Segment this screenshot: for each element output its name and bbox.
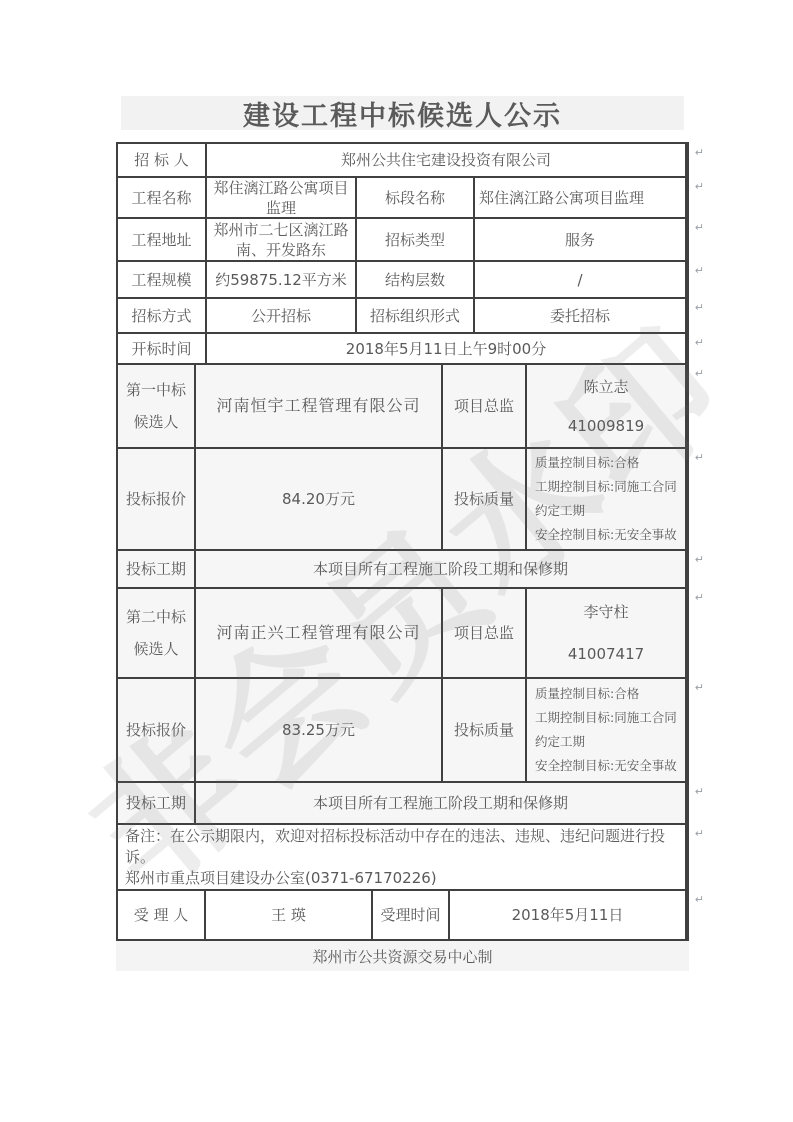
candidate2-director: 李守柱 41007417 bbox=[527, 589, 687, 677]
candidate2-company: 河南正兴工程管理有限公司 bbox=[196, 589, 443, 677]
candidate1-director-id: 41009819 bbox=[568, 416, 644, 436]
paragraph-mark-icon: ↵ bbox=[695, 682, 704, 693]
floors-value: / bbox=[475, 262, 687, 297]
table-row-project-name: 工程名称 郑住漓江路公寓项目监理 标段名称 郑住漓江路公寓项目监理 ↵ bbox=[116, 178, 689, 219]
candidate2-price-value: 83.25万元 bbox=[196, 679, 443, 781]
table-row-candidate2: 第二中标 候选人 河南正兴工程管理有限公司 项目总监 李守柱 41007417 … bbox=[116, 589, 689, 679]
section-name-value: 郑住漓江路公寓项目监理 bbox=[475, 178, 687, 217]
table-row-acceptance: 受 理 人 王 瑛 受理时间 2018年5月11日 ↵ bbox=[116, 891, 689, 941]
scale-value: 约59875.12平方米 bbox=[207, 262, 357, 297]
table-row-candidate2-price: 投标报价 83.25万元 投标质量 质量控制目标:合格 工期控制目标:同施工合同… bbox=[116, 679, 689, 783]
address-label: 工程地址 bbox=[118, 219, 207, 260]
paragraph-mark-icon: ↵ bbox=[695, 786, 704, 797]
paragraph-mark-icon: ↵ bbox=[695, 894, 704, 905]
acceptance-time: 2018年5月11日 bbox=[450, 891, 687, 939]
table-row-tenderer: 招 标 人 郑州公共住宅建设投资有限公司 ↵ bbox=[116, 144, 689, 178]
section-name-label: 标段名称 bbox=[357, 178, 475, 217]
method-value: 公开招标 bbox=[207, 299, 357, 332]
paragraph-mark-icon: ↵ bbox=[695, 337, 704, 348]
paragraph-mark-icon: ↵ bbox=[695, 222, 704, 233]
candidate2-rank-label: 第二中标 候选人 bbox=[118, 589, 196, 677]
table-row-candidate1-price: 投标报价 84.20万元 投标质量 质量控制目标:合格 工期控制目标:同施工合同… bbox=[116, 449, 689, 551]
tenderer-value: 郑州公共住宅建设投资有限公司 bbox=[207, 144, 687, 176]
candidate1-price-label: 投标报价 bbox=[118, 449, 196, 549]
page-title: 建设工程中标候选人公示 bbox=[121, 96, 684, 130]
notice-table: 招 标 人 郑州公共住宅建设投资有限公司 ↵ 工程名称 郑住漓江路公寓项目监理 … bbox=[116, 142, 689, 941]
opening-time-value: 2018年5月11日上午9时00分 bbox=[207, 334, 687, 363]
candidate2-director-label: 项目总监 bbox=[443, 589, 527, 677]
project-name-value: 郑住漓江路公寓项目监理 bbox=[207, 178, 357, 217]
candidate2-quality-line3: 安全控制目标:无安全事故 bbox=[535, 754, 677, 778]
table-row-remark: 备注：在公示期限内，欢迎对招标投标活动中存在的违法、违规、违纪问题进行投诉。 郑… bbox=[116, 825, 689, 891]
acceptance-time-label: 受理时间 bbox=[373, 891, 450, 939]
remark-cell: 备注：在公示期限内，欢迎对招标投标活动中存在的违法、违规、违纪问题进行投诉。 郑… bbox=[118, 825, 687, 889]
candidate1-quality-label: 投标质量 bbox=[443, 449, 527, 549]
scale-label: 工程规模 bbox=[118, 262, 207, 297]
candidate1-rank-line1: 第一中标 bbox=[126, 380, 186, 400]
candidate2-price-label: 投标报价 bbox=[118, 679, 196, 781]
candidate2-period-label: 投标工期 bbox=[118, 783, 196, 823]
method-label: 招标方式 bbox=[118, 299, 207, 332]
remark-line2: 郑州市重点项目建设办公室(0371-67170226) bbox=[125, 868, 437, 889]
acceptance-label: 受 理 人 bbox=[118, 891, 206, 939]
table-row-candidate1: 第一中标 候选人 河南恒宇工程管理有限公司 项目总监 陈立志 41009819 … bbox=[116, 365, 689, 449]
candidate1-quality-line2: 工期控制目标:同施工合同约定工期 bbox=[535, 475, 677, 523]
candidate1-director-name: 陈立志 bbox=[583, 377, 628, 397]
candidate1-rank-label: 第一中标 候选人 bbox=[118, 365, 196, 447]
candidate2-quality: 质量控制目标:合格 工期控制目标:同施工合同约定工期 安全控制目标:无安全事故 bbox=[527, 679, 687, 781]
candidate1-price-value: 84.20万元 bbox=[196, 449, 443, 549]
paragraph-mark-icon: ↵ bbox=[695, 302, 704, 313]
paragraph-mark-icon: ↵ bbox=[695, 147, 704, 158]
org-form-value: 委托招标 bbox=[475, 299, 687, 332]
candidate2-rank-line2: 候选人 bbox=[133, 639, 178, 659]
candidate2-director-name: 李守柱 bbox=[583, 602, 628, 622]
candidate1-quality-line1: 质量控制目标:合格 bbox=[535, 451, 639, 475]
table-row-address: 工程地址 郑州市二七区漓江路南、开发路东 招标类型 服务 ↵ bbox=[116, 219, 689, 262]
candidate2-director-id: 41007417 bbox=[568, 644, 644, 664]
table-row-method: 招标方式 公开招标 招标组织形式 委托招标 ↵ bbox=[116, 299, 689, 334]
table-row-scale: 工程规模 约59875.12平方米 结构层数 / ↵ bbox=[116, 262, 689, 299]
candidate1-rank-line2: 候选人 bbox=[133, 412, 178, 432]
candidate1-period-value: 本项目所有工程施工阶段工期和保修期 bbox=[196, 551, 687, 587]
paragraph-mark-icon: ↵ bbox=[695, 592, 704, 603]
org-form-label: 招标组织形式 bbox=[357, 299, 475, 332]
table-row-candidate2-period: 投标工期 本项目所有工程施工阶段工期和保修期 ↵ bbox=[116, 783, 689, 825]
tender-type-label: 招标类型 bbox=[357, 219, 475, 260]
candidate1-period-label: 投标工期 bbox=[118, 551, 196, 587]
tender-type-value: 服务 bbox=[475, 219, 687, 260]
table-row-opening-time: 开标时间 2018年5月11日上午9时00分 ↵ bbox=[116, 334, 689, 365]
paragraph-mark-icon: ↵ bbox=[695, 554, 704, 565]
candidate2-quality-label: 投标质量 bbox=[443, 679, 527, 781]
candidate1-director: 陈立志 41009819 bbox=[527, 365, 687, 447]
opening-time-label: 开标时间 bbox=[118, 334, 207, 363]
candidate1-director-label: 项目总监 bbox=[443, 365, 527, 447]
remark-line1: 备注：在公示期限内，欢迎对招标投标活动中存在的违法、违规、违纪问题进行投诉。 bbox=[125, 826, 678, 868]
candidate2-quality-line2: 工期控制目标:同施工合同约定工期 bbox=[535, 706, 677, 754]
paragraph-mark-icon: ↵ bbox=[695, 265, 704, 276]
floors-label: 结构层数 bbox=[357, 262, 475, 297]
paragraph-mark-icon: ↵ bbox=[695, 181, 704, 192]
notice-document: 建设工程中标候选人公示 招 标 人 郑州公共住宅建设投资有限公司 ↵ 工程名称 … bbox=[116, 96, 689, 971]
address-value: 郑州市二七区漓江路南、开发路东 bbox=[207, 219, 357, 260]
candidate2-quality-line1: 质量控制目标:合格 bbox=[535, 682, 639, 706]
footer-note: 郑州市公共资源交易中心制 bbox=[116, 941, 689, 971]
project-name-label: 工程名称 bbox=[118, 178, 207, 217]
candidate1-company: 河南恒宇工程管理有限公司 bbox=[196, 365, 443, 447]
table-row-candidate1-period: 投标工期 本项目所有工程施工阶段工期和保修期 ↵ bbox=[116, 551, 689, 589]
candidate2-period-value: 本项目所有工程施工阶段工期和保修期 bbox=[196, 783, 687, 823]
candidate1-quality: 质量控制目标:合格 工期控制目标:同施工合同约定工期 安全控制目标:无安全事故 bbox=[527, 449, 687, 549]
paragraph-mark-icon: ↵ bbox=[695, 452, 704, 463]
candidate2-rank-line1: 第二中标 bbox=[126, 607, 186, 627]
tenderer-label: 招 标 人 bbox=[118, 144, 207, 176]
candidate1-quality-line3: 安全控制目标:无安全事故 bbox=[535, 523, 677, 547]
paragraph-mark-icon: ↵ bbox=[695, 368, 704, 379]
paragraph-mark-icon: ↵ bbox=[695, 828, 704, 839]
acceptance-person: 王 瑛 bbox=[206, 891, 373, 939]
